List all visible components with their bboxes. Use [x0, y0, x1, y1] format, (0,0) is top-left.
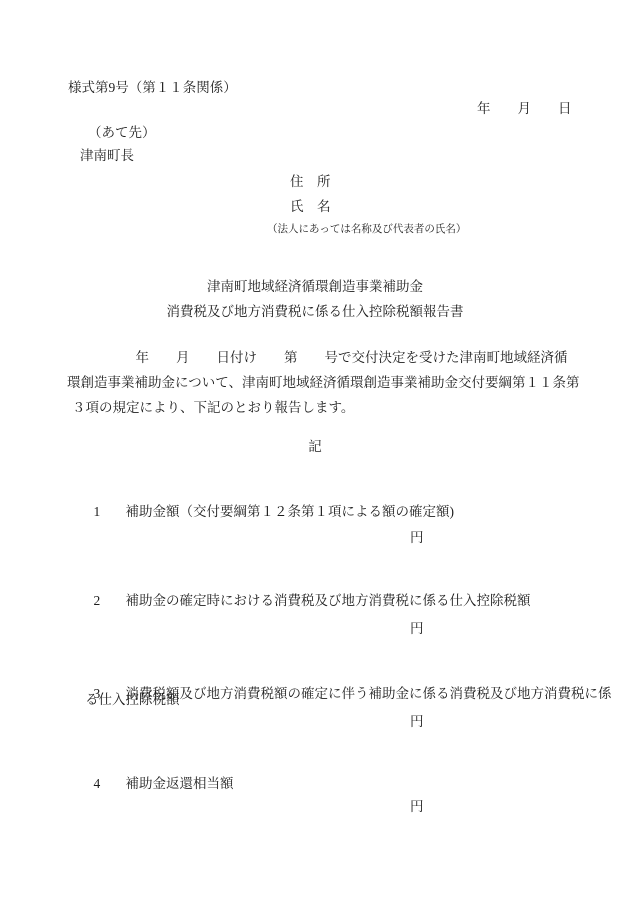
document-title-line2: 消費税及び地方消費税に係る仕入控除税額報告書 — [0, 304, 630, 321]
item-1-label: 補助金額（交付要綱第１２条第１項による額の確定額) — [126, 504, 455, 519]
item-3-label: 消費税額及び地方消費税額の確定に伴う補助金に係る消費税及び地方消費税に係 — [126, 686, 612, 701]
document-title-line1: 津南町地域経済循環創造事業補助金 — [0, 279, 630, 296]
item-1-row: 1補助金額（交付要綱第１２条第１項による額の確定額) — [80, 487, 454, 538]
body-line3: ３項の規定により、下記のとおり報告します。 — [72, 400, 354, 417]
form-number: 様式第9号（第１１条関係） — [68, 80, 237, 97]
item-4-row: 4補助金返還相当額 — [80, 759, 234, 810]
addressee-label: （あて先） — [88, 125, 156, 142]
item-3-unit: 円 — [410, 714, 424, 731]
item-2-number: 2 — [94, 593, 126, 610]
document-page: 様式第9号（第１１条関係） 年 月 日 （あて先） 津南町長 住 所 氏 名 （… — [0, 0, 630, 903]
name-field-label: 氏 名 — [290, 199, 331, 216]
address-field-label: 住 所 — [290, 174, 331, 191]
ki-marker: 記 — [0, 439, 630, 456]
item-3-label-line2: る仕入控除税額 — [85, 692, 180, 709]
item-1-number: 1 — [94, 504, 126, 521]
item-4-unit: 円 — [410, 799, 424, 816]
item-4-label: 補助金返還相当額 — [126, 776, 234, 791]
body-line2: 環創造事業補助金について、津南町地域経済循環創造事業補助金交付要綱第１１条第 — [67, 375, 579, 392]
body-line1: 年 月 日付け 第 号で交付決定を受けた津南町地域経済循 — [68, 350, 568, 367]
name-note: （法人にあっては名称及び代表者の氏名） — [267, 223, 466, 236]
item-2-label: 補助金の確定時における消費税及び地方消費税に係る仕入控除税額 — [126, 593, 531, 608]
addressee-name: 津南町長 — [80, 148, 134, 165]
item-1-unit: 円 — [410, 530, 424, 547]
item-4-number: 4 — [94, 776, 126, 793]
date-line: 年 月 日 — [477, 101, 572, 118]
item-2-row: 2補助金の確定時における消費税及び地方消費税に係る仕入控除税額 — [80, 576, 531, 627]
item-2-unit: 円 — [410, 621, 424, 638]
